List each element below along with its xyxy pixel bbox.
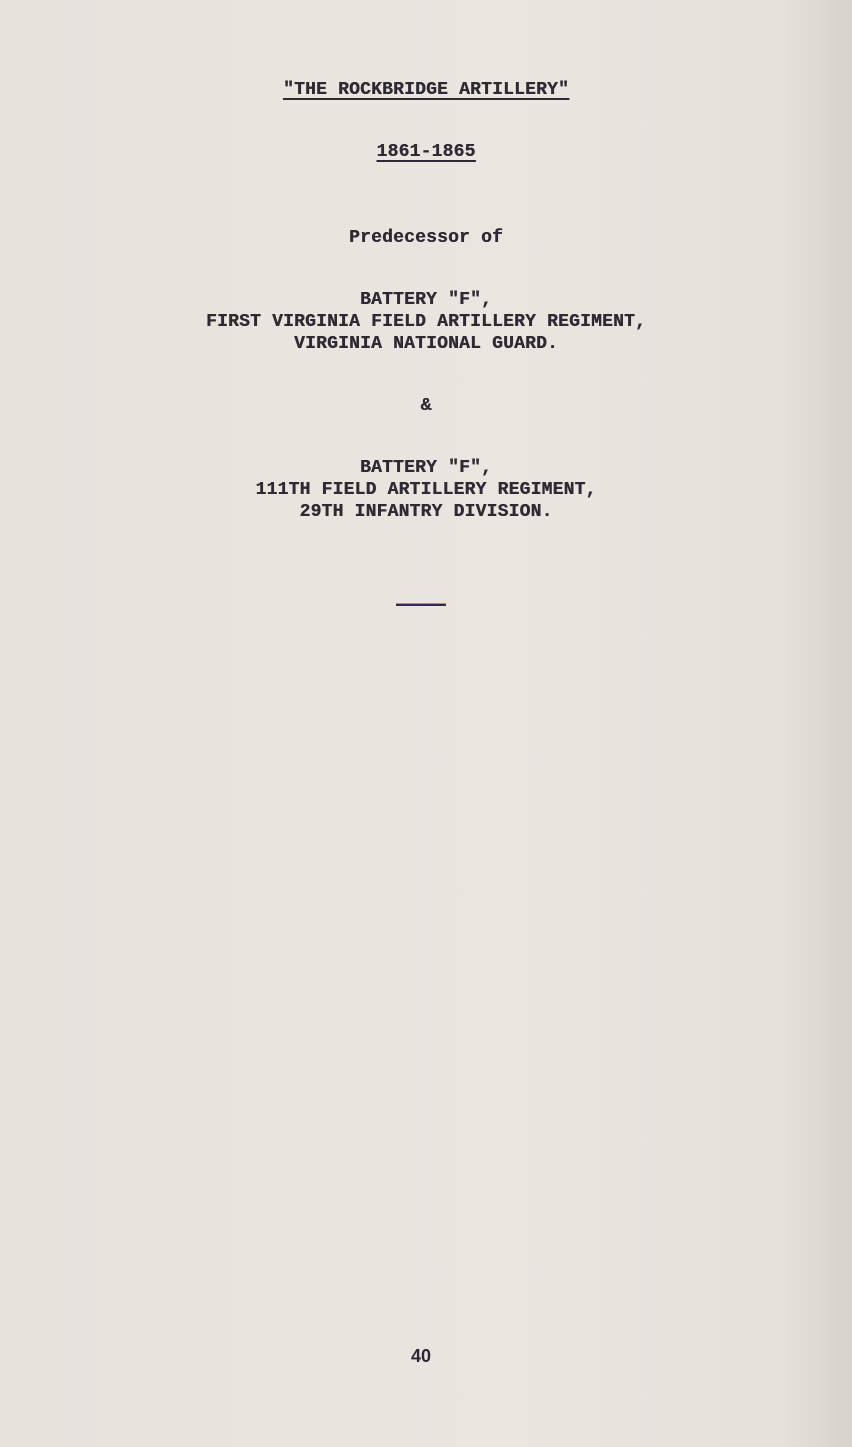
unit-one-line-3: VIRGINIA NATIONAL GUARD. xyxy=(0,334,852,354)
ampersand: & xyxy=(0,396,852,416)
unit-one-line-2: FIRST VIRGINIA FIELD ARTILLERY REGIMENT, xyxy=(0,312,852,332)
horizontal-rule xyxy=(396,603,446,606)
unit-two-line-1: BATTERY "F", xyxy=(0,458,852,478)
unit-one-line-1: BATTERY "F", xyxy=(0,290,852,310)
page-number: 40 xyxy=(411,1346,431,1367)
predecessor-label: Predecessor of xyxy=(0,228,852,248)
unit-two-line-2: 111TH FIELD ARTILLERY REGIMENT, xyxy=(0,480,852,500)
unit-two-line-3: 29TH INFANTRY DIVISION. xyxy=(0,502,852,522)
document-page: "THE ROCKBRIDGE ARTILLERY" 1861-1865 Pre… xyxy=(0,0,852,1447)
date-range: 1861-1865 xyxy=(0,142,852,162)
document-title: "THE ROCKBRIDGE ARTILLERY" xyxy=(0,80,852,100)
